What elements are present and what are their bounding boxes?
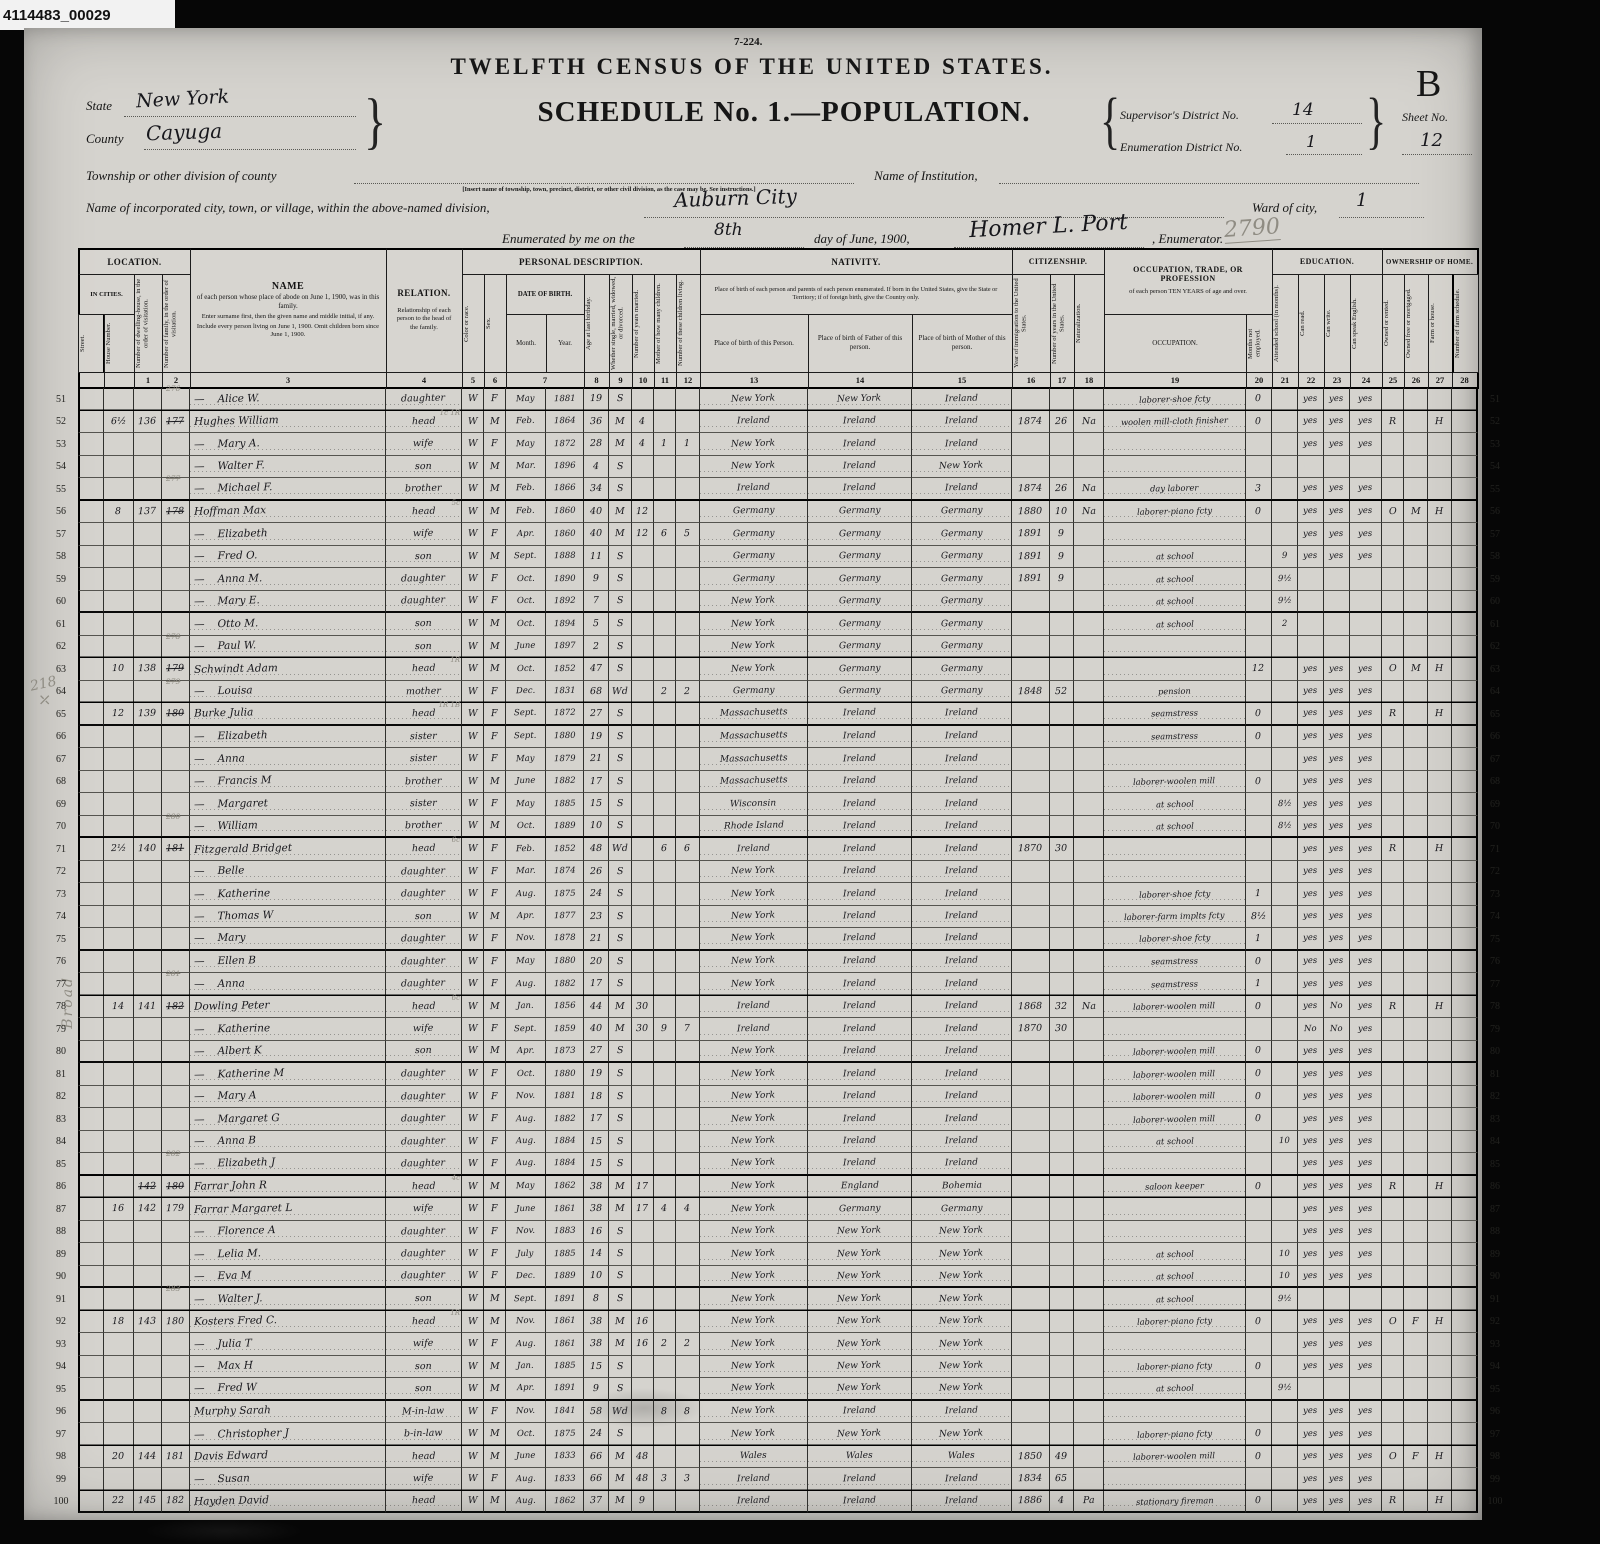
- cell-marital: M: [609, 501, 632, 524]
- cell-birth_year: 1872: [546, 703, 584, 726]
- cell-owned_rented: [1382, 568, 1404, 591]
- row-number-left: 73: [44, 883, 78, 906]
- cell-farm_schedule: [1452, 523, 1478, 546]
- cell-marital: S: [609, 1378, 632, 1401]
- row-number-right: 64: [1478, 681, 1512, 704]
- cell-name: —Mary A.: [190, 433, 386, 456]
- cell-farm_schedule: [1452, 1356, 1478, 1379]
- cell-school_months: 10: [1272, 1266, 1298, 1289]
- cell-school_months: [1272, 951, 1298, 974]
- cell-relation: daughter: [386, 388, 462, 411]
- cell-pob: New York: [700, 1356, 808, 1379]
- cell-house: [104, 1063, 134, 1086]
- cell-years_married: [632, 928, 654, 951]
- cell-farm_schedule: [1452, 1221, 1478, 1244]
- cell-farm_house: [1428, 523, 1452, 546]
- cell-years_us: 9: [1050, 568, 1074, 591]
- cell-can_write: yes: [1324, 1311, 1350, 1334]
- cell-can_read: [1298, 613, 1324, 636]
- cell-birth_year: 1864: [546, 411, 584, 434]
- cell-pob: Germany: [700, 681, 808, 704]
- cell-age: 19: [584, 388, 609, 411]
- cell-naturalization: Na: [1074, 411, 1104, 434]
- cell-owned_rented: [1382, 1153, 1404, 1176]
- cell-can_read: yes: [1298, 1153, 1324, 1176]
- cell-pob: New York: [700, 1153, 808, 1176]
- cell-owned_rented: [1382, 726, 1404, 749]
- cell-age: 4: [584, 456, 609, 479]
- row-number-right: 82: [1478, 1086, 1512, 1109]
- row-number-left: 54: [44, 456, 78, 479]
- cell-pob_father: New York: [808, 1311, 912, 1334]
- cell-naturalization: Na: [1074, 478, 1104, 501]
- cell-marital: S: [609, 1288, 632, 1311]
- cell-years_us: [1050, 861, 1074, 884]
- row-number-right: 84: [1478, 1131, 1512, 1154]
- cell-years_married: 48: [632, 1446, 654, 1469]
- cell-can_write: yes: [1324, 681, 1350, 704]
- row-number-right: 73: [1478, 883, 1512, 906]
- cell-can_read: yes: [1298, 883, 1324, 906]
- cell-dwelling: [134, 1108, 162, 1131]
- cell-family: [162, 1041, 190, 1064]
- cell-family: 283: [162, 1288, 190, 1311]
- cell-pob: New York: [700, 591, 808, 614]
- cell-pob_father: Ireland: [808, 1131, 912, 1154]
- cell-house: [104, 816, 134, 839]
- cell-pob_mother: Ireland: [912, 906, 1012, 929]
- cell-name: —Walter F.: [190, 456, 386, 479]
- cell-pob: New York: [700, 1243, 808, 1266]
- cell-age: 21: [584, 928, 609, 951]
- cell-pob_father: Germany: [808, 501, 912, 524]
- cell-children_living: [676, 1243, 700, 1266]
- cell-children_living: [676, 1221, 700, 1244]
- cell-age: 38: [584, 1311, 609, 1334]
- cell-marital: S: [609, 771, 632, 794]
- cell-birth_year: 1873: [546, 1041, 584, 1064]
- cell-street: [78, 1018, 104, 1041]
- row-number-left: 67: [44, 748, 78, 771]
- cell-name: —Katherine M: [190, 1063, 386, 1086]
- cell-pob_father: Germany: [808, 613, 912, 636]
- cell-street: [78, 1356, 104, 1379]
- cell-age: 18: [584, 1086, 609, 1109]
- cell-pob_mother: Germany: [912, 523, 1012, 546]
- cell-children_living: [676, 1491, 700, 1514]
- cell-marital: S: [609, 1221, 632, 1244]
- table-row: 67—AnnasisterWFMay187921SMassachusettsIr…: [44, 748, 1486, 771]
- cell-relation: head1R: [386, 658, 462, 681]
- cell-years_us: [1050, 793, 1074, 816]
- cell-pob_mother: Germany: [912, 546, 1012, 569]
- cell-relation: M-in-law: [386, 1401, 462, 1424]
- cell-school_months: [1272, 906, 1298, 929]
- cell-can_write: yes: [1324, 1108, 1350, 1131]
- cell-color: W: [462, 928, 484, 951]
- cell-occupation: [1104, 1153, 1246, 1176]
- cell-farm_schedule: [1452, 1108, 1478, 1131]
- cell-farm_house: [1428, 636, 1452, 659]
- cell-color: W: [462, 568, 484, 591]
- cell-pob_mother: Ireland: [912, 951, 1012, 974]
- cell-can_english: [1350, 636, 1382, 659]
- cell-name: —Ellen B: [190, 951, 386, 974]
- cell-color: W: [462, 748, 484, 771]
- cell-house: [104, 433, 134, 456]
- cell-name: —Anna B: [190, 1131, 386, 1154]
- cell-dwelling: [134, 546, 162, 569]
- row-number-right: 61: [1478, 613, 1512, 636]
- cell-sex: F: [484, 523, 506, 546]
- cell-pob_mother: Bohemia: [912, 1176, 1012, 1199]
- cell-imm_year: [1012, 1131, 1050, 1154]
- cell-naturalization: [1074, 1468, 1104, 1491]
- city-value: Auburn City: [674, 184, 798, 212]
- cell-sex: F: [484, 793, 506, 816]
- cell-street: [78, 433, 104, 456]
- cell-age: 11: [584, 546, 609, 569]
- cell-years_married: [632, 456, 654, 479]
- cell-pob_father: Germany: [808, 1198, 912, 1221]
- cell-farm_schedule: [1452, 1063, 1478, 1086]
- cell-relation: son: [386, 1288, 462, 1311]
- cell-family: [162, 568, 190, 591]
- row-gutter-left: [44, 248, 79, 389]
- cell-pob_father: Ireland: [808, 1401, 912, 1424]
- row-number-left: 59: [44, 568, 78, 591]
- cell-house: [104, 456, 134, 479]
- cell-family: [162, 883, 190, 906]
- cell-farm_house: [1428, 883, 1452, 906]
- cell-mother_of: [654, 658, 676, 681]
- cell-years_us: 65: [1050, 1468, 1074, 1491]
- cell-farm_house: [1428, 793, 1452, 816]
- cell-street: [78, 1041, 104, 1064]
- cell-mother_of: [654, 1378, 676, 1401]
- row-number-right: 66: [1478, 726, 1512, 749]
- cell-marital: S: [609, 726, 632, 749]
- cell-dwelling: [134, 1288, 162, 1311]
- row-number-left: 87: [44, 1198, 78, 1221]
- cell-color: W: [462, 906, 484, 929]
- cell-birth_year: 1894: [546, 613, 584, 636]
- table-row: 86142180Farrar John Rhead4cWMMay186238M1…: [44, 1176, 1486, 1199]
- cell-years_us: [1050, 1356, 1074, 1379]
- cell-mother_of: [654, 1063, 676, 1086]
- col-header-year: Year.: [546, 314, 585, 373]
- row-number-left: 91: [44, 1288, 78, 1311]
- cell-free_mortgaged: [1404, 973, 1428, 996]
- cell-owned_rented: [1382, 1221, 1404, 1244]
- row-number-right: 88: [1478, 1221, 1512, 1244]
- cell-years_us: [1050, 1198, 1074, 1221]
- cell-pob: New York: [700, 658, 808, 681]
- cell-color: W: [462, 501, 484, 524]
- cell-name: Farrar Margaret L: [190, 1198, 386, 1221]
- cell-children_living: 3: [676, 1468, 700, 1491]
- row-number-right: 58: [1478, 546, 1512, 569]
- cell-years_married: [632, 681, 654, 704]
- cell-sex: F: [484, 591, 506, 614]
- cell-name: —Otto M.: [190, 613, 386, 636]
- cell-owned_rented: [1382, 861, 1404, 884]
- cell-free_mortgaged: [1404, 1131, 1428, 1154]
- cell-naturalization: [1074, 456, 1104, 479]
- cell-months_unemployed: [1246, 591, 1272, 614]
- cell-years_married: [632, 816, 654, 839]
- cell-street: [78, 793, 104, 816]
- cell-pob: Massachusetts: [700, 703, 808, 726]
- table-header: LOCATION. NAME of each person whose plac…: [44, 248, 1486, 388]
- cell-occupation: woolen mill-cloth finisher: [1104, 411, 1246, 434]
- cell-children_living: [676, 1176, 700, 1199]
- cell-relation: son: [386, 1356, 462, 1379]
- table-row: 96Murphy SarahM-in-lawWFNov.184158Wd88Ne…: [44, 1401, 1486, 1424]
- cell-can_read: yes: [1298, 1333, 1324, 1356]
- cell-can_write: yes: [1324, 478, 1350, 501]
- cell-house: [104, 1378, 134, 1401]
- cell-naturalization: [1074, 1378, 1104, 1401]
- cell-farm_schedule: [1452, 951, 1478, 974]
- cell-naturalization: [1074, 1333, 1104, 1356]
- cell-owned_rented: [1382, 613, 1404, 636]
- cell-farm_house: [1428, 973, 1452, 996]
- cell-school_months: [1272, 703, 1298, 726]
- cell-can_write: yes: [1324, 861, 1350, 884]
- cell-color: W: [462, 771, 484, 794]
- cell-occupation: [1104, 1198, 1246, 1221]
- cell-mother_of: [654, 636, 676, 659]
- cell-school_months: [1272, 456, 1298, 479]
- cell-sex: M: [484, 1423, 506, 1446]
- cell-birth_month: Dec.: [506, 1266, 546, 1289]
- row-number-right: 97: [1478, 1423, 1512, 1446]
- cell-dwelling: [134, 433, 162, 456]
- cell-pob_father: Wales: [808, 1446, 912, 1469]
- cell-months_unemployed: 0: [1246, 1356, 1272, 1379]
- cell-birth_year: 1880: [546, 1063, 584, 1086]
- cell-birth_month: May: [506, 793, 546, 816]
- cell-occupation: laborer-woolen mill: [1104, 1108, 1246, 1131]
- cell-birth_year: 1862: [546, 1176, 584, 1199]
- city-line: [644, 217, 1224, 218]
- cell-age: 34: [584, 478, 609, 501]
- cell-birth_month: Feb.: [506, 838, 546, 861]
- row-number-left: 93: [44, 1333, 78, 1356]
- row-number-right: 71: [1478, 838, 1512, 861]
- col-header-street: Street.: [78, 314, 105, 373]
- cell-family: 181: [162, 1446, 190, 1469]
- row-number-left: 53: [44, 433, 78, 456]
- cell-relation: head: [386, 1446, 462, 1469]
- cell-occupation: saloon keeper: [1104, 1176, 1246, 1199]
- schedule-title: SCHEDULE No. 1.—POPULATION.: [444, 96, 1124, 129]
- cell-dwelling: [134, 523, 162, 546]
- cell-name: —Elizabeth: [190, 726, 386, 749]
- row-number-right: 70: [1478, 816, 1512, 839]
- cell-name: Dowling Peter: [190, 996, 386, 1019]
- cell-relation: head: [386, 1491, 462, 1514]
- cell-naturalization: [1074, 748, 1104, 771]
- cell-age: 19: [584, 1063, 609, 1086]
- enumerator-value: Homer L. Port: [968, 210, 1128, 243]
- table-row: 75—MarydaughterWFNov.187821SNew YorkIrel…: [44, 928, 1486, 951]
- cell-years_married: [632, 636, 654, 659]
- table-row: 73—KatherinedaughterWFAug.187524SNew Yor…: [44, 883, 1486, 906]
- cell-farm_house: [1428, 1378, 1452, 1401]
- cell-pob: New York: [700, 1041, 808, 1064]
- cell-imm_year: [1012, 1198, 1050, 1221]
- nativity-note: Place of birth of each person and parent…: [700, 274, 1013, 315]
- cell-occupation: laborer-woolen mill: [1104, 1041, 1246, 1064]
- col-number: 15: [912, 372, 1013, 389]
- cell-pob_father: Ireland: [808, 928, 912, 951]
- cell-family: [162, 1378, 190, 1401]
- cell-pob: Ireland: [700, 1018, 808, 1041]
- ward-line: [1339, 217, 1424, 218]
- cell-street: [78, 546, 104, 569]
- cell-mother_of: [654, 973, 676, 996]
- cell-pob_father: Ireland: [808, 1108, 912, 1131]
- cell-age: 38: [584, 1333, 609, 1356]
- cell-relation: daughter: [386, 1086, 462, 1109]
- cell-can_english: yes: [1350, 658, 1382, 681]
- cell-years_married: 4: [632, 411, 654, 434]
- cell-months_unemployed: [1246, 1288, 1272, 1311]
- cell-birth_month: Feb.: [506, 478, 546, 501]
- cell-free_mortgaged: [1404, 1063, 1428, 1086]
- cell-free_mortgaged: [1404, 636, 1428, 659]
- cell-years_us: 9: [1050, 546, 1074, 569]
- cell-farm_house: [1428, 1108, 1452, 1131]
- cell-birth_year: 1889: [546, 816, 584, 839]
- cell-months_unemployed: [1246, 861, 1272, 884]
- cell-mother_of: 1: [654, 433, 676, 456]
- census-sheet: 7-224. TWELFTH CENSUS OF THE UNITED STAT…: [24, 28, 1482, 1520]
- cell-birth_month: Nov.: [506, 1221, 546, 1244]
- cell-owned_rented: [1382, 973, 1404, 996]
- cell-mother_of: 8: [654, 1401, 676, 1424]
- cell-name: —Florence A: [190, 1221, 386, 1244]
- cell-farm_house: H: [1428, 838, 1452, 861]
- cell-relation: mother: [386, 681, 462, 704]
- cell-birth_year: 1841: [546, 1401, 584, 1424]
- cell-school_months: [1272, 1468, 1298, 1491]
- cell-children_living: [676, 411, 700, 434]
- cell-birth_month: Aug.: [506, 1468, 546, 1491]
- table-row: 90—Eva MdaughterWFDec.188910SNew YorkNew…: [44, 1266, 1486, 1289]
- institution-line: [999, 183, 1419, 184]
- cell-imm_year: 1868: [1012, 996, 1050, 1019]
- col-number: 25: [1382, 372, 1405, 389]
- cell-can_write: yes: [1324, 771, 1350, 794]
- cell-naturalization: Pa: [1074, 1491, 1104, 1514]
- cell-occupation: at school: [1104, 1131, 1246, 1154]
- cell-street: [78, 771, 104, 794]
- enumerator-suffix: , Enumerator.: [1152, 231, 1223, 247]
- row-number-right: 87: [1478, 1198, 1512, 1221]
- cell-color: W: [462, 636, 484, 659]
- table-row: 84—Anna BdaughterWFAug.188415SNew YorkIr…: [44, 1131, 1486, 1154]
- row-number-right: 72: [1478, 861, 1512, 884]
- cell-school_months: [1272, 748, 1298, 771]
- cell-house: [104, 1176, 134, 1199]
- cell-occupation: [1104, 838, 1246, 861]
- cell-naturalization: [1074, 568, 1104, 591]
- cell-mother_of: [654, 568, 676, 591]
- cell-pob_mother: New York: [912, 1266, 1012, 1289]
- cell-can_write: yes: [1324, 501, 1350, 524]
- cell-pob: New York: [700, 928, 808, 951]
- cell-name: —Margaret G: [190, 1108, 386, 1131]
- cell-sex: F: [484, 1108, 506, 1131]
- cell-birth_month: Oct.: [506, 816, 546, 839]
- cell-owned_rented: O: [1382, 1446, 1404, 1469]
- cell-can_english: yes: [1350, 726, 1382, 749]
- row-number-right: 57: [1478, 523, 1512, 546]
- cell-free_mortgaged: [1404, 793, 1428, 816]
- cell-owned_rented: [1382, 1198, 1404, 1221]
- row-number-left: 76: [44, 951, 78, 974]
- cell-years_us: [1050, 883, 1074, 906]
- col-number: 7: [506, 372, 585, 389]
- form-number: 7-224.: [734, 36, 762, 48]
- cell-mother_of: [654, 546, 676, 569]
- cell-pob_father: Ireland: [808, 1086, 912, 1109]
- cell-can_read: yes: [1298, 748, 1324, 771]
- cell-marital: M: [609, 1333, 632, 1356]
- cell-pob_mother: Germany: [912, 501, 1012, 524]
- cell-pob_mother: Ireland: [912, 1468, 1012, 1491]
- cell-color: W: [462, 1401, 484, 1424]
- cell-can_english: [1350, 1288, 1382, 1311]
- cell-occupation: at school: [1104, 613, 1246, 636]
- cell-can_write: [1324, 568, 1350, 591]
- cell-occupation: [1104, 523, 1246, 546]
- cell-free_mortgaged: [1404, 861, 1428, 884]
- cell-age: 14: [584, 1243, 609, 1266]
- col-number: 4: [386, 372, 463, 389]
- table-body: 51276—Alice W.daughterWFMay188119SNew Yo…: [44, 388, 1486, 1513]
- cell-months_unemployed: 0: [1246, 1423, 1272, 1446]
- cell-years_married: 17: [632, 1176, 654, 1199]
- table-row: 94—Max HsonWMJan.188515SNew YorkNew York…: [44, 1356, 1486, 1379]
- cell-months_unemployed: [1246, 838, 1272, 861]
- cell-color: W: [462, 1311, 484, 1334]
- cell-name: —Mary: [190, 928, 386, 951]
- cell-months_unemployed: [1246, 1468, 1272, 1491]
- cell-farm_schedule: [1452, 1176, 1478, 1199]
- cell-children_living: [676, 568, 700, 591]
- cell-farm_house: [1428, 928, 1452, 951]
- cell-color: W: [462, 411, 484, 434]
- cell-relation: brother: [386, 478, 462, 501]
- cell-family: [162, 726, 190, 749]
- cell-marital: M: [609, 996, 632, 1019]
- col-group-relation: RELATION. Relationship of each person to…: [386, 248, 463, 373]
- cell-years_us: [1050, 928, 1074, 951]
- row-number-left: 95: [44, 1378, 78, 1401]
- cell-birth_year: 1833: [546, 1446, 584, 1469]
- cell-pob_father: Ireland: [808, 996, 912, 1019]
- cell-can_english: yes: [1350, 1266, 1382, 1289]
- cell-imm_year: [1012, 703, 1050, 726]
- cell-occupation: stationary fireman: [1104, 1491, 1246, 1514]
- cell-name: —Walter J.: [190, 1288, 386, 1311]
- cell-color: W: [462, 681, 484, 704]
- cell-months_unemployed: [1246, 456, 1272, 479]
